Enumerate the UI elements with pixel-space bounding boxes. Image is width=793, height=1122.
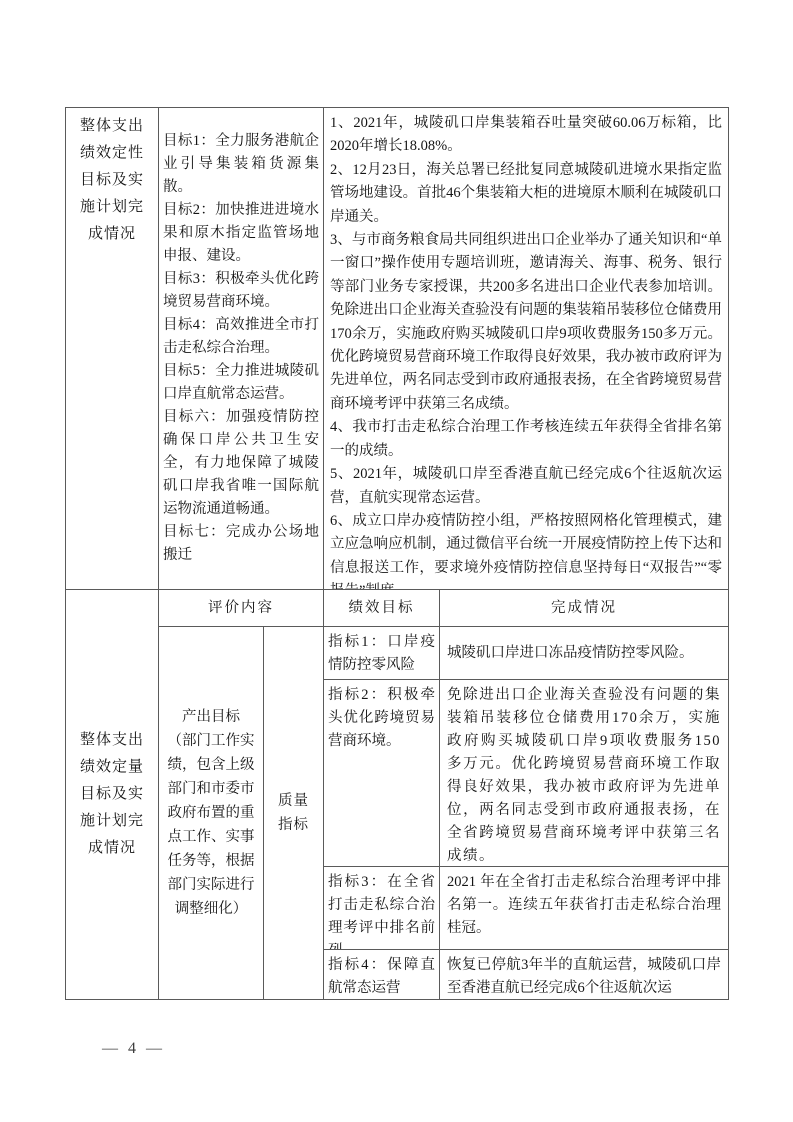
indicator-1-target: 指标1：口岸疫情防控零风险 (323, 626, 440, 680)
output-goal-note: （部门工作实绩，包含上级部门和市委市政府布置的重点工作、实事任务等，根据部门实际… (164, 729, 258, 921)
section1-row-header: 整体支出绩效定性目标及实施计划完成情况 (65, 107, 159, 590)
document-page: 整体支出绩效定性目标及实施计划完成情况 目标1：全力服务港航企业引导集装箱货源集… (0, 0, 793, 1122)
result-item-5: 5、2021年，城陵矶口岸至香港直航已经完成6个往返航次运营，直航实现常态运营。 (330, 463, 722, 510)
goal-item-1: 目标1：全力服务港航企业引导集装箱货源集散。 (163, 130, 319, 199)
result-item-2: 2、12月23日，海关总署已经批复同意城陵矶进境水果指定监管场地建设。首批46个… (330, 159, 722, 229)
indicator-1-completion: 城陵矶口岸进口冻品疫情防控零风险。 (439, 626, 729, 680)
result-item-4: 4、我市打击走私综合治理工作考核连续五年获得全省排名第一的成绩。 (330, 416, 722, 463)
result-item-3: 3、与市商务粮食局共同组织进出口企业举办了通关知识和“单一窗口”操作使用专题培训… (330, 229, 722, 416)
goal-item-3: 目标3：积极牵头优化跨境贸易营商环境。 (163, 268, 319, 314)
goal-item-2: 目标2：加快推进进境水果和原木指定监管场地申报、建设。 (163, 199, 319, 268)
goal-item-7: 目标七：完成办公场地搬迁 (163, 521, 319, 567)
page-number: — 4 — (102, 1040, 165, 1058)
indicator-4-target: 指标4：保障直航常态运营 (323, 949, 440, 1000)
indicator-3-target: 指标3：在全省打击走私综合治理考评中排名前列 (323, 866, 440, 950)
result-item-1: 1、2021年，城陵矶口岸集装箱吞吐量突破60.06万标箱，比2020年增长18… (330, 112, 722, 159)
header-completion: 完成情况 (439, 589, 729, 627)
quality-indicator-cell: 质量指标 (263, 626, 324, 1000)
goal-item-4: 目标4：高效推进全市打击走私综合治理。 (163, 314, 319, 360)
result-item-6: 6、成立口岸办疫情防控小组，严格按照网格化管理模式，建立应急响应机制，通过微信平… (330, 510, 722, 590)
indicator-2-target: 指标2：积极牵头优化跨境贸易营商环境。 (323, 679, 440, 867)
indicator-2-completion: 免除进出口企业海关查验没有问题的集装箱吊装移位仓储费用170余万，实施政府购买城… (439, 679, 729, 867)
goal-item-5: 目标5：全力推进城陵矶口岸直航常态运营。 (163, 360, 319, 406)
indicator-4-completion: 恢复已停航3年半的直航运营，城陵矶口岸至香港直航已经完成6个往返航次运 (439, 949, 729, 1000)
header-perf-target: 绩效目标 (323, 589, 440, 627)
section1-goals-cell: 目标1：全力服务港航企业引导集装箱货源集散。 目标2：加快推进进境水果和原木指定… (158, 107, 324, 590)
output-goal-cell: 产出目标 （部门工作实绩，包含上级部门和市委市政府布置的重点工作、实事任务等，根… (158, 626, 264, 1000)
indicator-3-completion: 2021 年在全省打击走私综合治理考评中排名第一。连续五年获省打击走私综合治理桂… (439, 866, 729, 950)
goal-item-6: 目标六：加强疫情防控确保口岸公共卫生安全，有力地保障了城陵矶口岸我省唯一国际航运… (163, 406, 319, 521)
section2-row-header: 整体支出绩效定量目标及实施计划完成情况 (65, 589, 159, 1000)
section1-results-cell: 1、2021年，城陵矶口岸集装箱吞吐量突破60.06万标箱，比2020年增长18… (323, 107, 729, 590)
output-goal-title: 产出目标 (164, 705, 258, 729)
header-eval-content: 评价内容 (158, 589, 324, 627)
